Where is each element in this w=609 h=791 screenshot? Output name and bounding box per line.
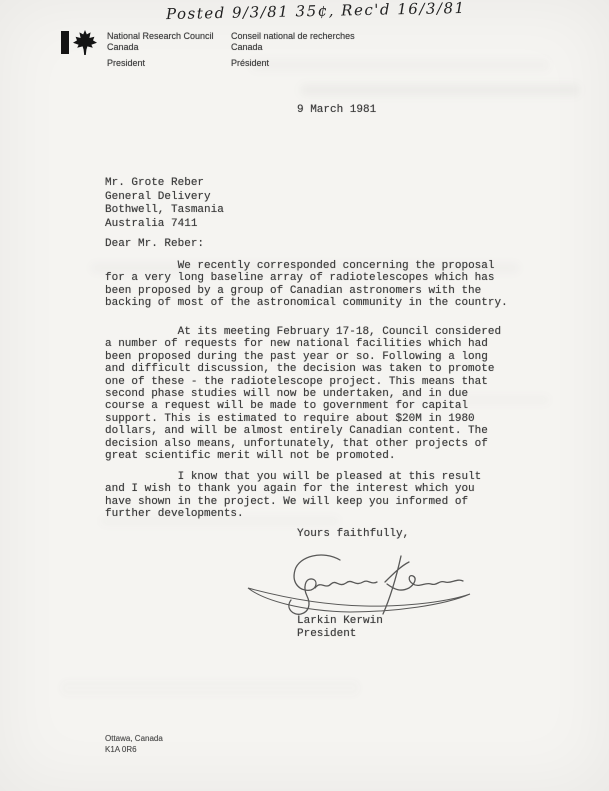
org-name-french: Conseil national de recherches Canada — [231, 31, 355, 52]
letter-paragraph-3: I know that you will be pleased at this … — [105, 471, 525, 521]
office-title-french: Président — [231, 58, 269, 69]
letterhead-footer-address: Ottawa, Canada K1A 0R6 — [105, 733, 163, 755]
signatory-title: President — [297, 628, 356, 640]
letter-date: 9 March 1981 — [297, 104, 376, 116]
canada-flag-icon — [60, 30, 100, 56]
office-title-english: President — [107, 58, 145, 69]
salutation: Dear Mr. Reber: — [105, 238, 204, 250]
signatory-name: Larkin Kerwin — [297, 615, 383, 627]
handwritten-postage-note: Posted 9/3/81 35¢, Rec'd 16/3/81 — [166, 0, 466, 23]
scan-smudge — [60, 680, 360, 696]
closing-phrase: Yours faithfully, — [297, 528, 409, 540]
scanned-letter-page: Posted 9/3/81 35¢, Rec'd 16/3/81 Nationa… — [0, 0, 609, 791]
scan-smudge — [250, 58, 550, 72]
scan-smudge — [300, 84, 580, 96]
letter-paragraph-2: At its meeting February 17-18, Council c… — [105, 326, 525, 462]
org-name-english: National Research Council Canada — [107, 31, 214, 52]
letter-paragraph-1: We recently corresponded concerning the … — [105, 260, 525, 310]
recipient-address: Mr. Grote Reber General Delivery Bothwel… — [105, 177, 224, 231]
